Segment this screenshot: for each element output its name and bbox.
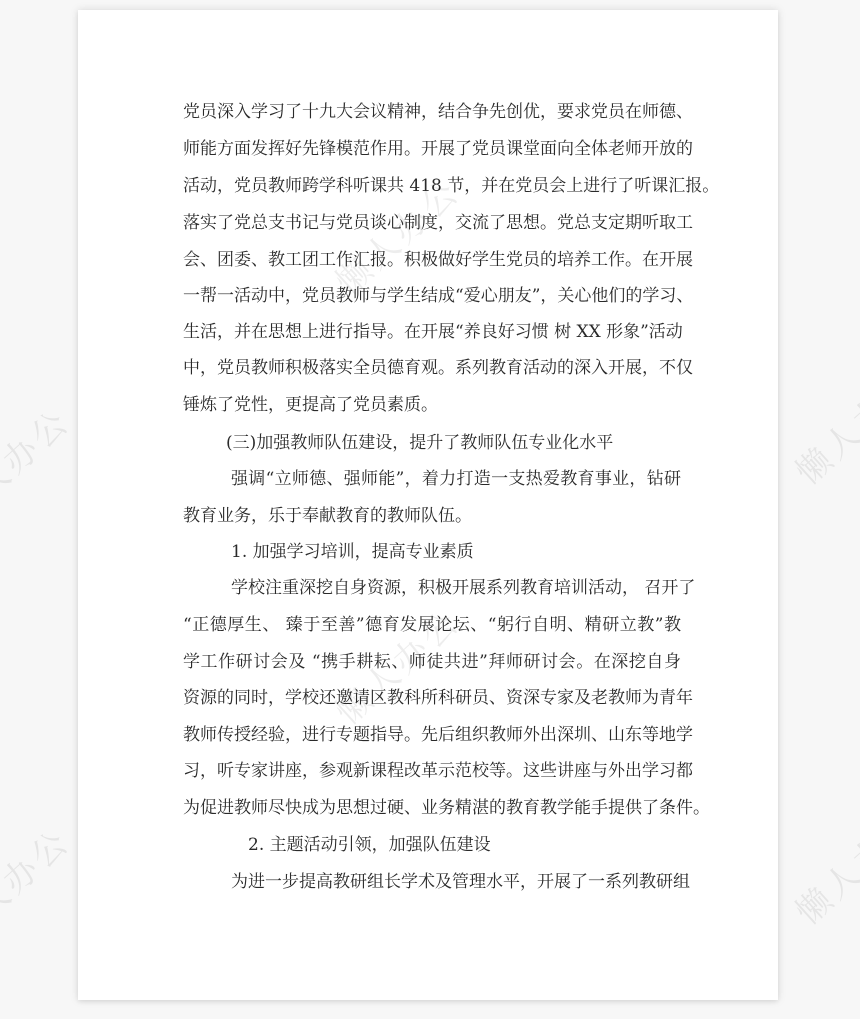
text-line-11: 强调“立师德、强师能”，着力打造一支热爱教育事业，钻研	[231, 467, 681, 491]
watermark-5: 懒人办公	[0, 395, 79, 533]
text-line-3: 活动，党员教师跨学科听课共 418 节，并在党员会上进行了听课汇报。	[183, 174, 681, 198]
text-line-22: 为进一步提高教研组长学术及管理水平，开展了一系列教研组	[231, 870, 681, 894]
text-line-8: 中，党员教师积极落实全员德育观。系列教育活动的深入开展，不仅	[183, 356, 681, 380]
text-line-7: 生活，并在思想上进行指导。在开展“养良好习惯 树 XX 形象”活动	[183, 320, 681, 344]
subheading-2: 2. 主题活动引领，加强队伍建设	[248, 833, 681, 857]
text-line-16: 学工作研讨会及 “携手耕耘、师徒共进”拜师研讨会。在深挖自身	[183, 650, 681, 674]
text-line-5: 会、团委、教工团工作汇报。积极做好学生党员的培养工作。在开展	[183, 248, 681, 272]
watermark-4: 懒人办公	[783, 795, 860, 933]
text-line-20: 为促进教师尽快成为思想过硬、业务精湛的教育教学能手提供了条件。	[183, 796, 681, 820]
section-heading-3: (三)加强教师队伍建设，提升了教师队伍专业化水平	[226, 431, 681, 455]
watermark-3: 懒人办公	[783, 355, 860, 493]
text-line-15: “正德厚生、 臻于至善”德育发展论坛、“躬行自明、精研立教”教	[183, 613, 681, 637]
text-line-4: 落实了党总支书记与党员谈心制度，交流了思想。党总支定期听取工	[183, 211, 681, 235]
text-line-6: 一帮一活动中，党员教师与学生结成“爱心朋友”，关心他们的学习、	[183, 284, 681, 308]
subheading-1: 1. 加强学习培训，提高专业素质	[231, 540, 681, 564]
text-line-19: 习，听专家讲座，参观新课程改革示范校等。这些讲座与外出学习都	[183, 759, 681, 783]
text-line-1: 党员深入学习了十九大会议精神，结合争先创优，要求党员在师德、	[183, 100, 681, 124]
text-line-18: 教师传授经验，进行专题指导。先后组织教师外出深圳、山东等地学	[183, 723, 681, 747]
watermark-6: 懒人办公	[0, 815, 79, 953]
text-line-2: 师能方面发挥好先锋模范作用。开展了党员课堂面向全体老师开放的	[183, 137, 681, 161]
text-line-12: 教育业务，乐于奉献教育的教师队伍。	[183, 504, 681, 528]
text-line-14: 学校注重深挖自身资源，积极开展系列教育培训活动， 召开了	[231, 576, 681, 600]
text-line-9: 锤炼了党性，更提高了党员素质。	[183, 393, 681, 417]
document-page: 党员深入学习了十九大会议精神，结合争先创优，要求党员在师德、 师能方面发挥好先锋…	[78, 10, 778, 1000]
text-line-17: 资源的同时，学校还邀请区教科所科研员、资深专家及老教师为青年	[183, 686, 681, 710]
